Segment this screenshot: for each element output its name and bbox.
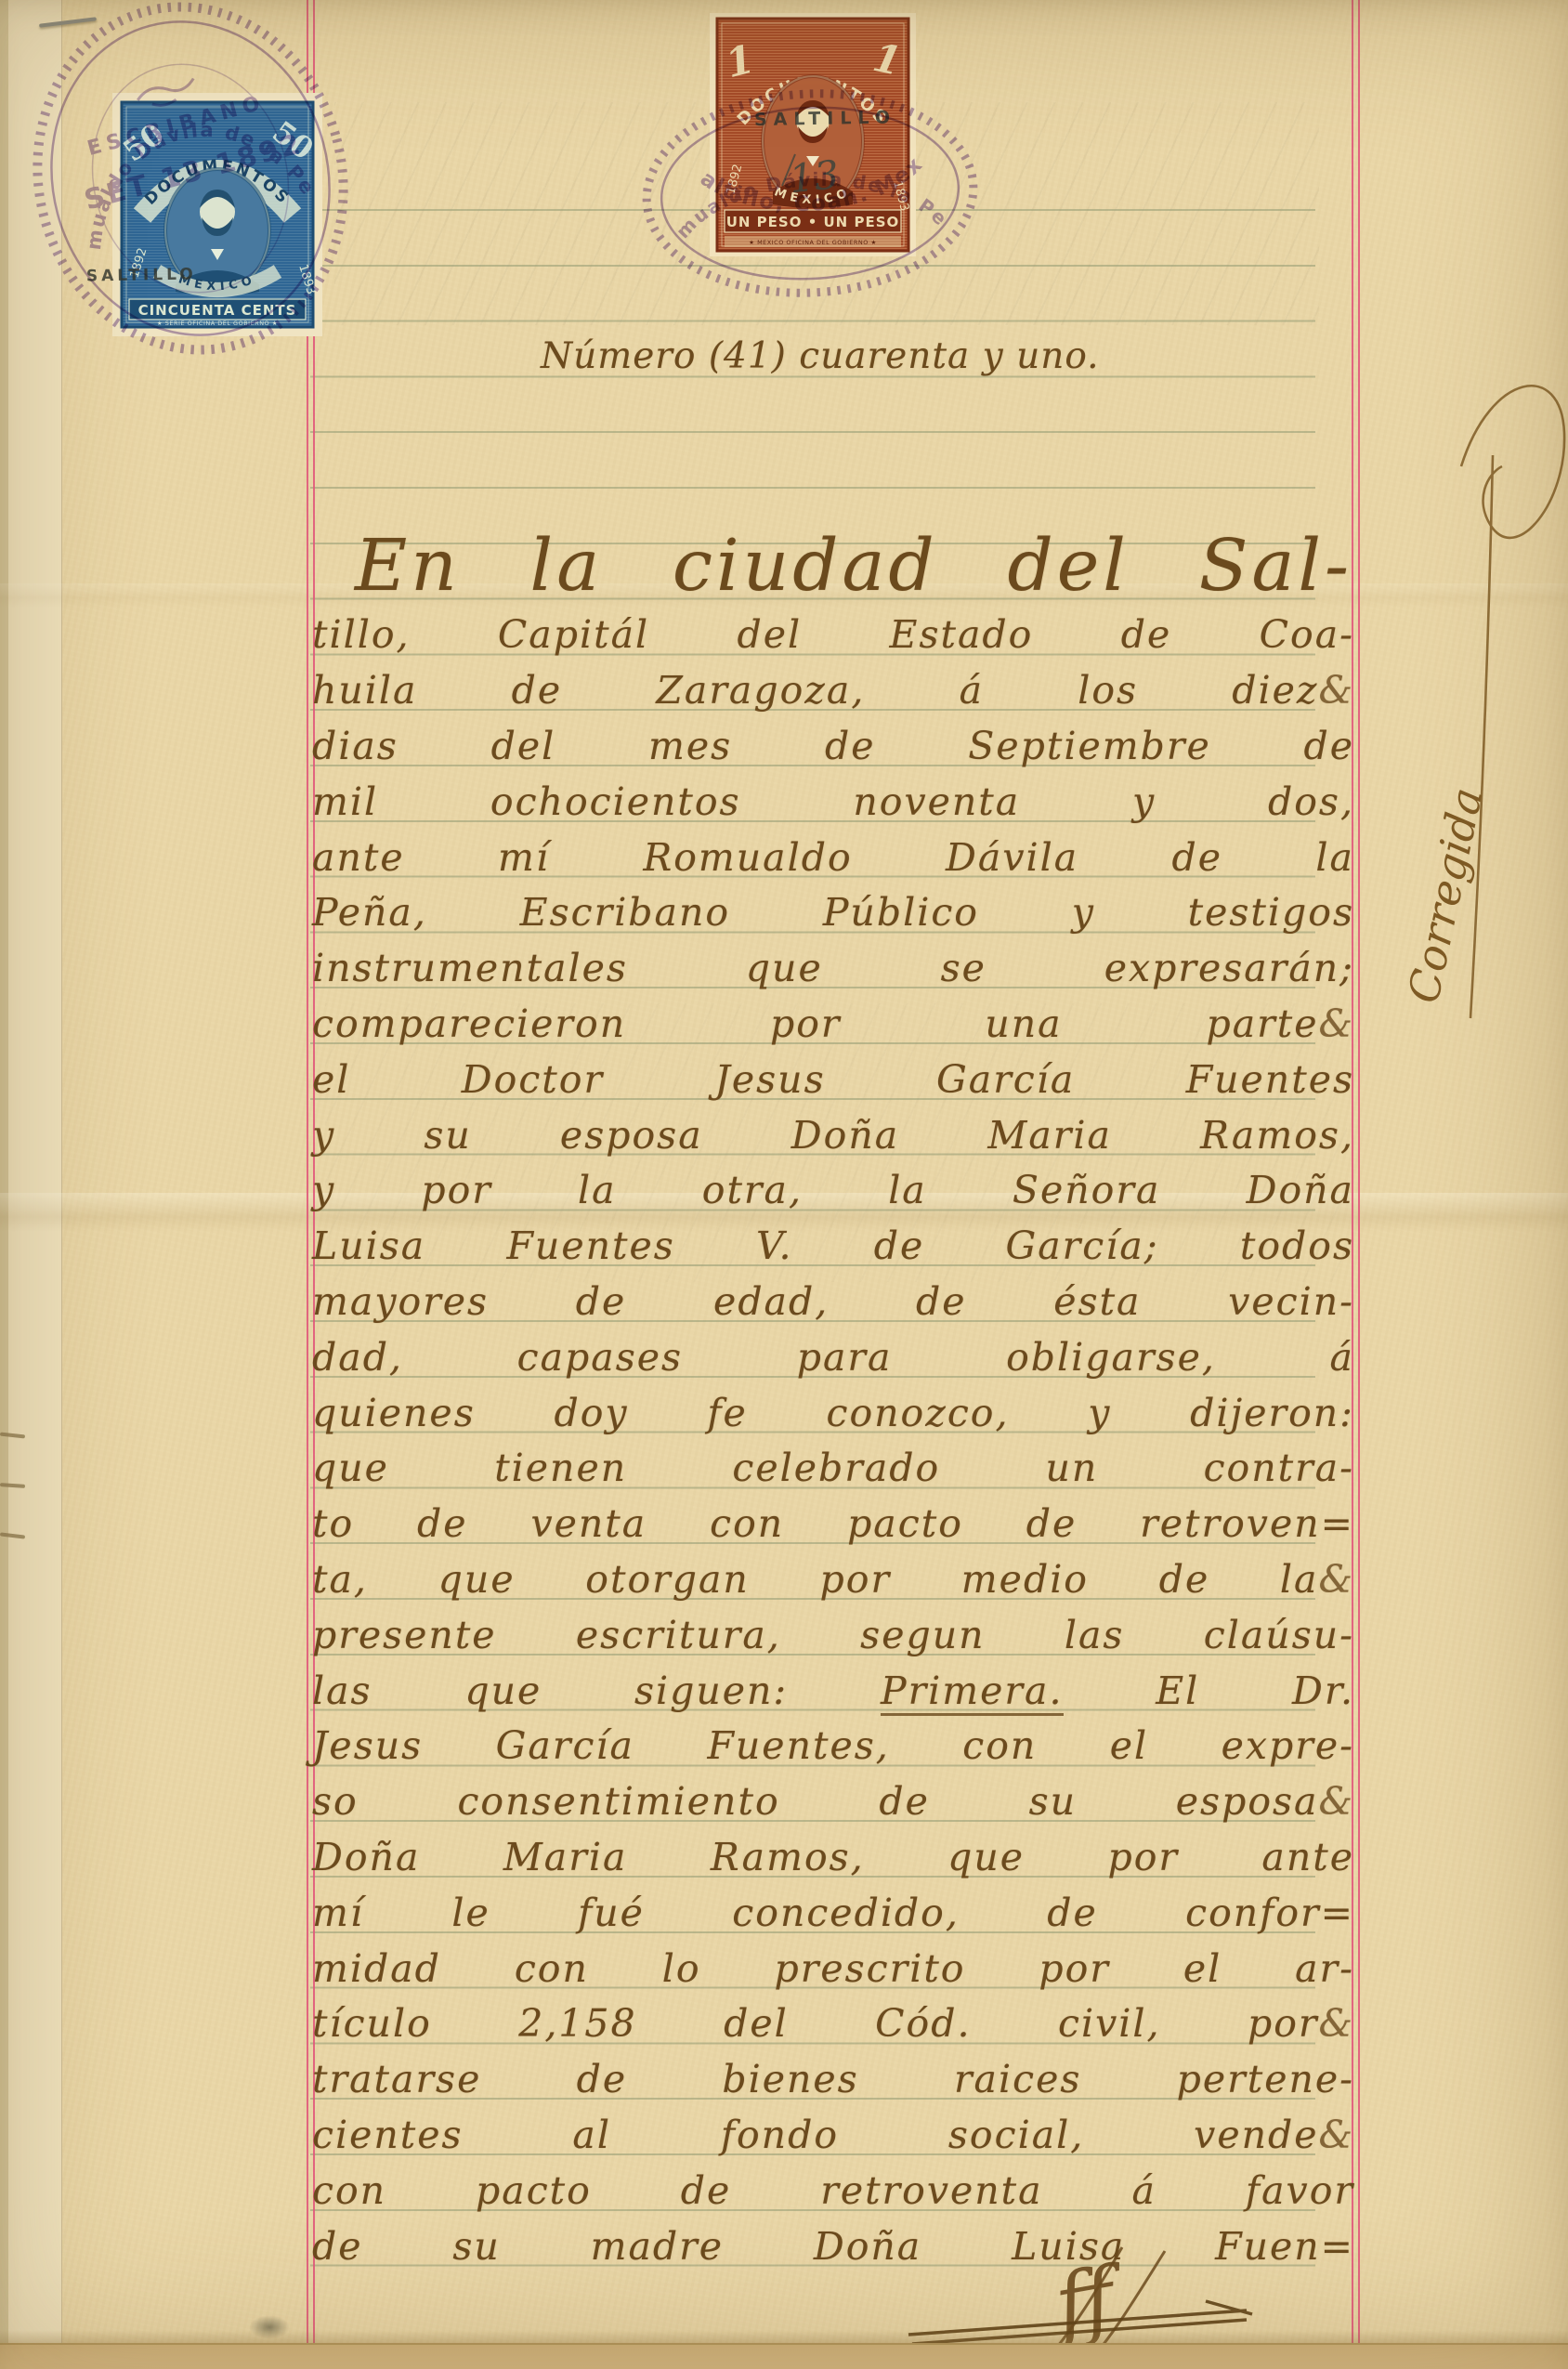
handwritten-line: mí le fué concedido, de confor= — [312, 1885, 1354, 1941]
svg-text:Saltillo, Coah. Mex.: Saltillo, Coah. Mex. — [617, 59, 931, 226]
notarial-document-page: DOCUMENTOS 50 50 MEXICO 1892 1893 CINCUE… — [0, 0, 1568, 2369]
margin-note-corregida: Corregida — [1352, 344, 1568, 1078]
bottom-edge-shadow — [0, 2330, 1568, 2343]
handwritten-line: midad con lo prescrito por el ar- — [312, 1941, 1354, 1996]
handwritten-line: to de venta con pacto de retroven= — [312, 1496, 1354, 1551]
handwritten-line: ante mí Romualdo Dávila de la — [312, 830, 1354, 885]
handwritten-line: so consentimiento de su esposa& — [312, 1773, 1354, 1829]
handwritten-line: dad, capases para obligarse, á — [312, 1329, 1354, 1385]
handwritten-line: las que siguen: Primera. El Dr. — [312, 1663, 1354, 1719]
underlying-page-edge — [0, 2343, 1568, 2369]
handwritten-line: que tienen celebrado un contra- — [312, 1440, 1354, 1496]
handwritten-line: tillo, Capitál del Estado de Coa- — [312, 607, 1354, 662]
handwritten-line: tículo 2,158 del Cód. civil, por& — [312, 1996, 1354, 2051]
handwritten-line: Jesus García Fuentes, con el expre- — [312, 1718, 1354, 1773]
handwritten-line: Luisa Fuentes V. de García; todos — [312, 1218, 1354, 1274]
notary-seal-left: Romualdo Dávila de la Peña ESCRIBANO SET… — [0, 0, 399, 390]
handwritten-line: presente escritura, segun las claúsu- — [312, 1607, 1354, 1663]
handwritten-line: mayores de edad, de ésta vecin- — [312, 1274, 1354, 1329]
handwritten-line: comparecieron por una parte& — [312, 996, 1354, 1052]
seal-serrated-ring — [0, 0, 382, 385]
handwritten-line: con pacto de retroventa á favor — [312, 2163, 1354, 2218]
handwritten-line: quienes doy fe conozco, y dijeron: — [312, 1385, 1354, 1441]
handwritten-line: instrumentales que se expresarán; — [312, 940, 1354, 996]
flourish-stroke — [1461, 386, 1564, 1018]
handwritten-line: y su esposa Doña Maria Ramos, — [312, 1107, 1354, 1163]
seal-place-arc: Saltillo, Coah. Mex. — [617, 59, 931, 226]
handwritten-line: huila de Zaragoza, á los diez& — [312, 662, 1354, 718]
handwritten-line: Doña Maria Ramos, que por ante — [312, 1829, 1354, 1885]
seal-eagle-emblem — [136, 78, 198, 111]
handwritten-line: tratarse de bienes raices pertene- — [312, 2051, 1354, 2107]
handwritten-line: dias del mes de Septiembre de — [312, 718, 1354, 774]
handwritten-line: y por la otra, la Señora Doña — [312, 1162, 1354, 1218]
notary-seal-center: Romualdo Dávila de la Peña Saltillo, Coa… — [632, 84, 994, 307]
handwritten-line: Peña, Escribano Público y testigos — [312, 884, 1354, 940]
handwritten-line: cientes al fondo social, vende& — [312, 2107, 1354, 2163]
handwritten-line: mil ochocientos noventa y dos, — [312, 774, 1354, 830]
svg-text:Romualdo Dávila de la Peña: Romualdo Dávila de la Peña — [617, 59, 953, 247]
document-number-heading: Número (41) cuarenta y uno. — [541, 334, 1100, 379]
handwritten-line: ta, que otorgan por medio de la& — [312, 1551, 1354, 1607]
handwritten-line: el Doctor Jesus García Fuentes — [312, 1052, 1354, 1107]
handwritten-line: En la ciudad del Sal- — [355, 524, 1352, 609]
seal-name-arc: Romualdo Dávila de la Peña — [617, 59, 953, 247]
